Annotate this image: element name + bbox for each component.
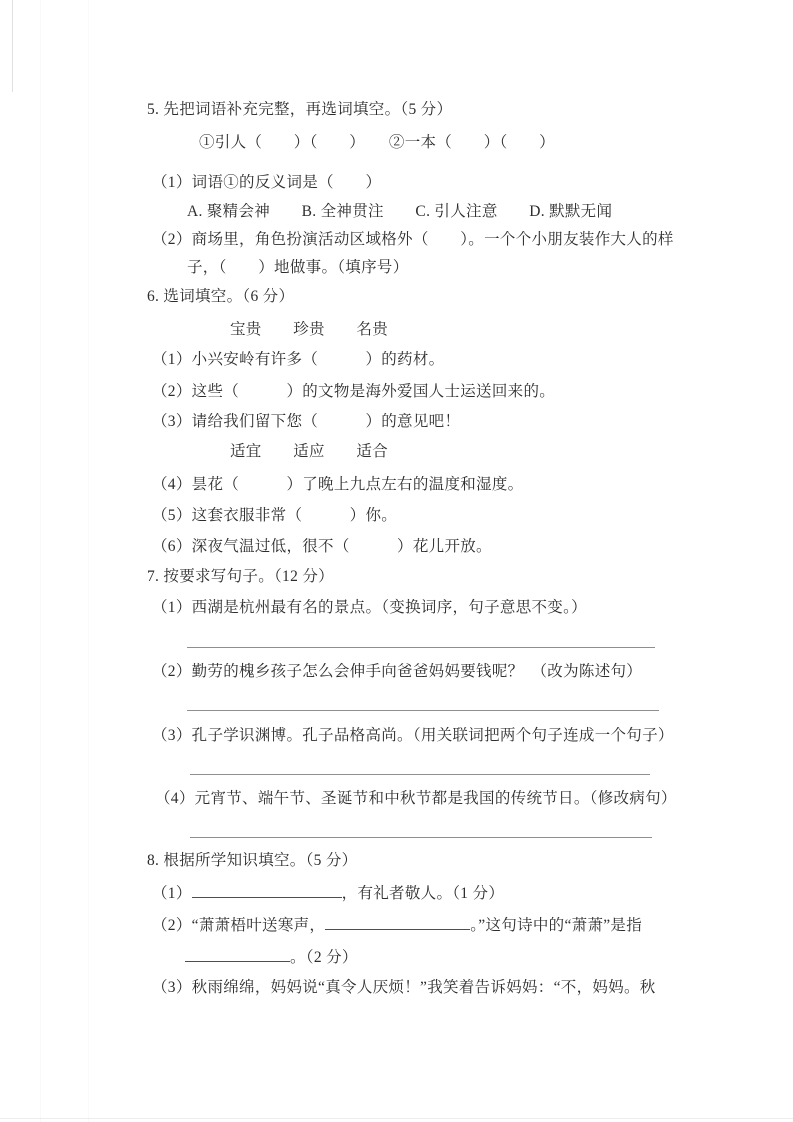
answer-line-1 [187, 647, 655, 648]
question-5-word-blanks: ①引人（ ）（ ） ②一本（ ）（ ） [199, 132, 555, 154]
q8-sub2-cont-suffix: 。（2 分） [290, 949, 358, 966]
question-5-sub-2-line-1: （2）商场里，角色扮演活动区域格外（ ）。一个个小朋友装作大人的样 [152, 229, 674, 251]
answer-line-3 [190, 774, 650, 775]
question-6-sub-4: （4）昙花（ ）了晚上九点左右的温度和湿度。 [152, 474, 523, 496]
question-6-sub-6: （6）深夜气温过低，很不（ ）花儿开放。 [152, 536, 492, 558]
q8-sub1-suffix: ，有礼者敬人。（1 分） [342, 885, 504, 902]
q8-sub1-prefix: （1） [152, 885, 192, 902]
question-7-title: 7. 按要求写句子。（12 分） [147, 566, 334, 588]
question-7-sub-3: （3）孔子学识渊博。孔子品格高尚。（用关联词把两个句子连成一个句子） [152, 725, 674, 747]
question-5-options: A. 聚精会神 B. 全神贯注 C. 引人注意 D. 默默无闻 [187, 201, 612, 223]
question-5-sub-1: （1）词语①的反义词是（ ） [152, 172, 381, 194]
answer-line-4 [190, 837, 652, 838]
question-5-title: 5. 先把词语补充完整，再选词填空。（5 分） [147, 99, 452, 121]
question-8-sub-1: （1），有礼者敬人。（1 分） [152, 882, 504, 905]
question-6-title: 6. 选词填空。（6 分） [147, 286, 294, 308]
answer-line-2 [187, 710, 659, 711]
question-6-sub-2: （2）这些（ ）的文物是海外爱国人士运送回来的。 [152, 381, 555, 403]
question-7-sub-2: （2）勤劳的槐乡孩子怎么会伸手向爸爸妈妈要钱呢？ （改为陈述句） [152, 661, 642, 683]
question-6-sub-1: （1）小兴安岭有许多（ ）的药材。 [152, 349, 444, 371]
scan-artifact-top-left-line [12, 0, 13, 92]
scan-artifact-bottom-line [0, 1118, 793, 1119]
question-7-sub-4: （4）元宵节、端午节、圣诞节和中秋节都是我国的传统节日。（修改病句） [155, 788, 677, 810]
fill-blank-1 [192, 882, 342, 898]
question-6-sub-5: （5）这套衣服非常（ ）你。 [152, 505, 397, 527]
question-6-word-bank-1: 宝贵 珍贵 名贵 [230, 319, 388, 341]
exam-page: 5. 先把词语补充完整，再选词填空。（5 分） ①引人（ ）（ ） ②一本（ ）… [0, 0, 793, 1122]
question-8-sub-3: （3）秋雨绵绵，妈妈说“真令人厌烦！”我笑着告诉妈妈：“不，妈妈。秋 [152, 977, 656, 999]
fill-blank-2 [325, 914, 470, 930]
question-8-title: 8. 根据所学知识填空。（5 分） [147, 850, 357, 872]
question-6-sub-3: （3）请给我们留下您（ ）的意见吧！ [152, 411, 460, 433]
question-5-sub-2-line-2: 子，（ ）地做事。（填序号） [187, 257, 409, 279]
question-8-sub-2: （2）“萧萧梧叶送寒声，。”这句诗中的“萧萧”是指 [152, 914, 642, 937]
q8-sub2-suffix: 。”这句诗中的“萧萧”是指 [470, 917, 642, 934]
scan-artifact-vertical-line-1 [40, 0, 41, 1122]
question-6-word-bank-2: 适宜 适应 适合 [230, 441, 388, 463]
question-7-sub-1: （1）西湖是杭州最有名的景点。（变换词序，句子意思不变。） [152, 597, 587, 619]
fill-blank-3 [185, 946, 290, 962]
q8-sub2-prefix: （2）“萧萧梧叶送寒声， [152, 917, 325, 934]
scan-artifact-vertical-line-2 [88, 0, 89, 1122]
question-8-sub-2-continuation: 。（2 分） [185, 946, 358, 969]
